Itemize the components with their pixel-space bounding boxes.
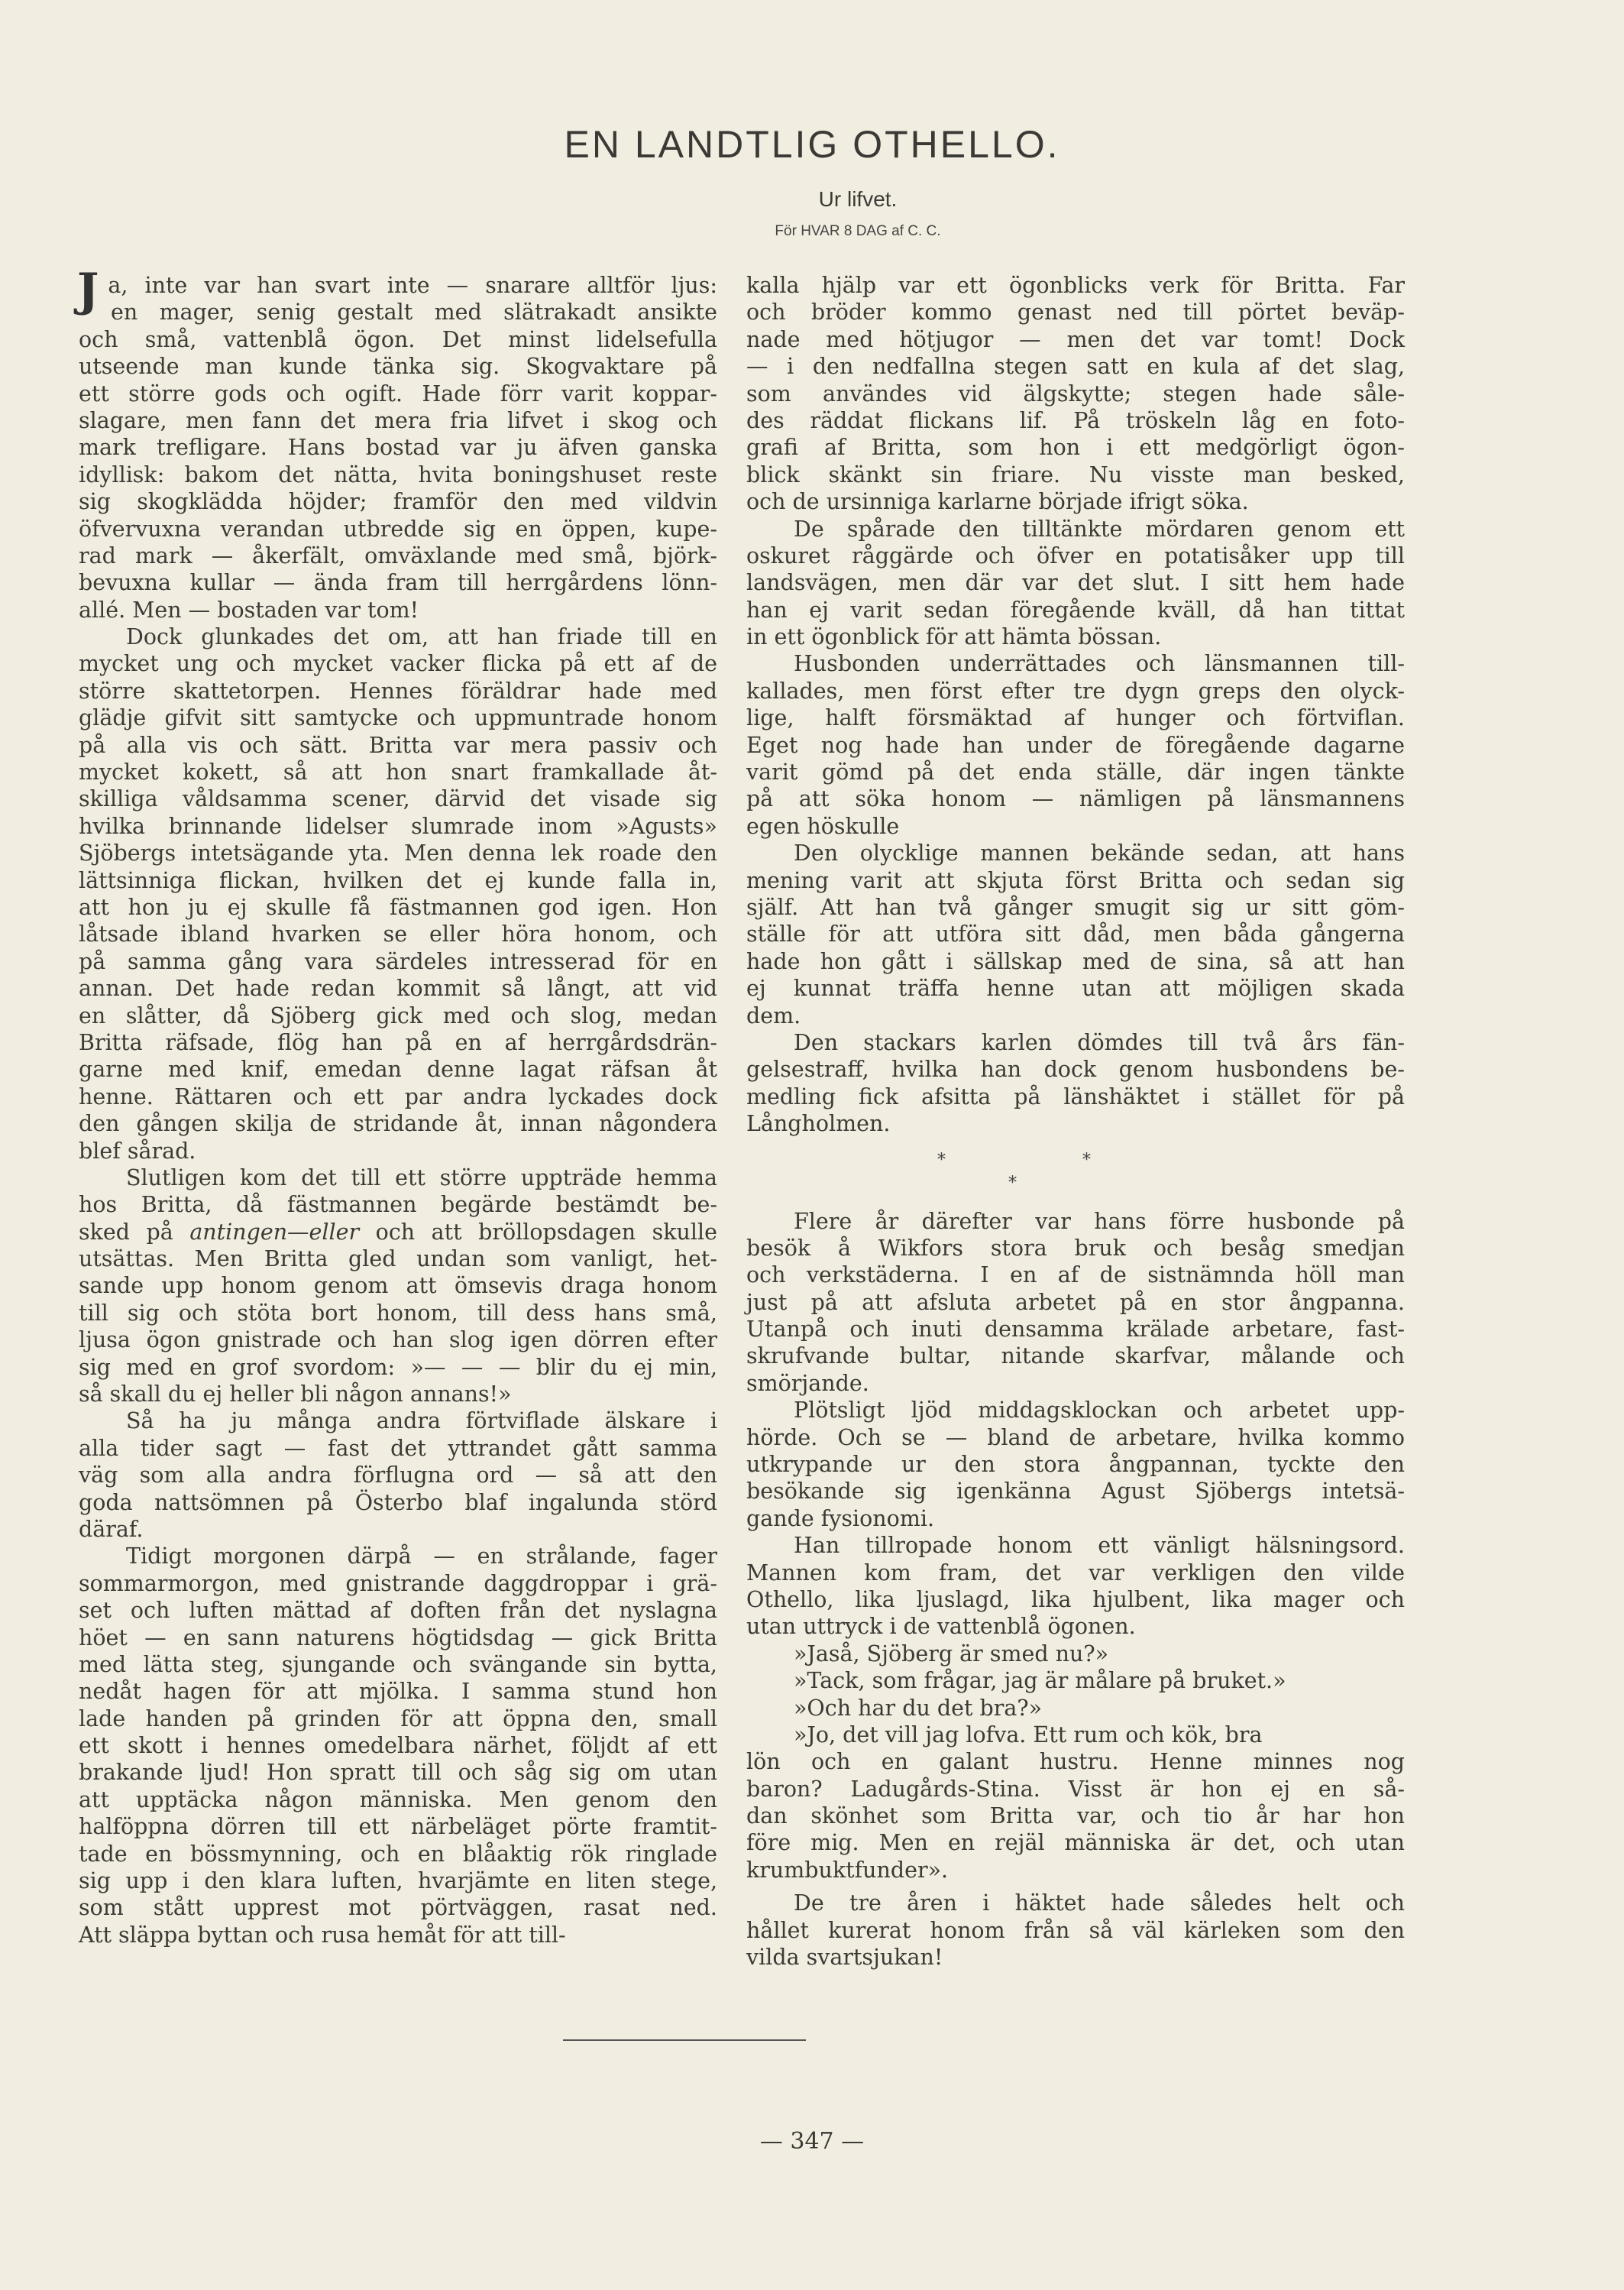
text-line: med lätta steg, sjungande och svängande … <box>79 1651 717 1678</box>
text-line: Plötsligt ljöd middagsklockan och arbete… <box>746 1397 1405 1424</box>
text-line: mycket ung och mycket vacker flicka på e… <box>79 650 717 677</box>
text-line: gande fysionomi. <box>746 1505 1405 1532</box>
page-number: — 347 — <box>0 2128 1624 2155</box>
text-line: och bröder kommo genast ned till pörtet … <box>746 299 1405 326</box>
text-line: Den olycklige mannen bekände sedan, att … <box>746 840 1405 866</box>
text-line: Britta räfsade, flög han på en af herrgå… <box>79 1029 717 1056</box>
text-line: ej kunnat träffa henne utan att möjligen… <box>746 975 1405 1002</box>
footer-rule <box>563 2039 806 2041</box>
text-line: låtsade ibland hvarken se eller höra hon… <box>79 921 717 947</box>
text-line: slagare, men fann det mera fria lifvet i… <box>79 407 717 434</box>
text-line: Slutligen kom det till ett större uppträ… <box>79 1164 717 1191</box>
text-line: baron? Ladugårds-Stina. Visst är hon ej … <box>746 1776 1405 1803</box>
section-break-asterism: *** <box>746 1138 1405 1208</box>
text-line: »Jaså, Sjöberg är smed nu?» <box>746 1641 1405 1667</box>
text-line: och verkstäderna. I en af de sistnämnda … <box>746 1262 1405 1288</box>
text-line: Långholmen. <box>746 1110 1405 1137</box>
text-line: hade hon gått i sällskap med de sina, så… <box>746 948 1405 975</box>
text-line: en slåtter, då Sjöberg gick med och slog… <box>79 1002 717 1029</box>
text-line: utseende man kunde tänka sig. Skogvaktar… <box>79 353 717 380</box>
text-line: set och luften mättad af doften från det… <box>79 1597 717 1624</box>
text-line: krumbuktfunder». <box>746 1857 1405 1884</box>
text-line: som användes vid älgskytte; stegen hade … <box>746 381 1405 407</box>
text-line: just på att afsluta arbetet på en stor å… <box>746 1289 1405 1316</box>
text-line: hörde. Och se — bland de arbetare, hvilk… <box>746 1424 1405 1451</box>
text-line: des räddat flickans lif. På tröskeln låg… <box>746 407 1405 434</box>
text-line: alla tider sagt — fast det yttrandet gåt… <box>79 1435 717 1462</box>
text-line: nedåt hagen för att mjölka. I samma stun… <box>79 1678 717 1705</box>
text-line: hållet kurerat honom från så väl kärleke… <box>746 1917 1405 1944</box>
text-line: ett större gods och ogift. Hade förr var… <box>79 381 717 407</box>
text-line: sig upp i den klara luften, hvarjämte en… <box>79 1867 717 1894</box>
text-line: a, inte var han svart inte — snarare all… <box>79 272 717 299</box>
text-line: annan. Det hade redan kommit så långt, a… <box>79 975 717 1002</box>
text-line: oskuret råggärde och öfver en potatisåke… <box>746 543 1405 569</box>
article-byline: För HVAR 8 DAG af C. C. <box>46 223 1624 240</box>
text-line: sig skogklädda höjder; framför den med v… <box>79 488 717 515</box>
text-line: Husbonden underrättades och länsmannen t… <box>746 650 1405 677</box>
text-line: lättsinniga flickan, hvilken det ej kund… <box>79 867 717 894</box>
text-line: utsättas. Men Britta gled undan som vanl… <box>79 1245 717 1272</box>
text-line: halföppna dörren till ett närbeläget pör… <box>79 1813 717 1840</box>
text-line: att hon ju ej skulle få fästmannen god i… <box>79 894 717 921</box>
drop-cap: J <box>77 267 99 313</box>
text-line: medling fick afsitta på länshäktet i stä… <box>746 1083 1405 1110</box>
text-line: Han tillropade honom ett vänligt hälsnin… <box>746 1532 1405 1559</box>
text-line: gelsestraff, hvilka han dock genom husbo… <box>746 1056 1405 1083</box>
text-line: allé. Men — bostaden var tom! <box>79 597 717 624</box>
text-line: lige, halft försmäktad af hunger och för… <box>746 704 1405 731</box>
text-line: ljusa ögon gnistrade och han slog igen d… <box>79 1326 717 1353</box>
asterisk: * <box>937 1147 946 1174</box>
text-line: sande upp honom genom att ömsevis draga … <box>79 1272 717 1299</box>
text-line: De spårade den tilltänkte mördaren genom… <box>746 516 1405 543</box>
right-text-column: kalla hjälp var ett ögonblicks verk för … <box>746 272 1405 1971</box>
text-line: »Tack, som frågar, jag är målare på bruk… <box>746 1667 1405 1694</box>
text-line: Dock glunkades det om, att han friade ti… <box>79 624 717 650</box>
text-line: Flere år därefter var hans förre husbond… <box>746 1208 1405 1235</box>
text-line: brakande ljud! Hon spratt till och såg s… <box>79 1759 717 1786</box>
text-line: bevuxna kullar — ända fram till herrgård… <box>79 569 717 596</box>
text-line: däraf. <box>79 1516 717 1543</box>
text-line: besök å Wikfors stora bruk och besåg sme… <box>746 1235 1405 1262</box>
text-line: utan uttryck i de vattenblå ögonen. <box>746 1613 1405 1640</box>
text-line: grafi af Britta, som hon i ett medgörlig… <box>746 434 1405 461</box>
text-line: — i den nedfallna stegen satt en kula af… <box>746 353 1405 380</box>
text-line: större skattetorpen. Hennes föräldrar ha… <box>79 678 717 704</box>
text-line: Sjöbergs intetsägande yta. Men denna lek… <box>79 840 717 866</box>
text-line: han ej varit sedan föregående kväll, då … <box>746 597 1405 624</box>
text-line: mark trefligare. Hans bostad var ju äfve… <box>79 434 717 461</box>
text-line: ställe för att utföra sitt dåd, men båda… <box>746 921 1405 947</box>
text-line: varit gömd på det enda ställe, där ingen… <box>746 759 1405 785</box>
text-line: Så ha ju många andra förtviflade älskare… <box>79 1407 717 1434</box>
text-line: själf. Att han två gånger smugit sig ur … <box>746 894 1405 921</box>
text-line: lön och en galant hustru. Henne minnes n… <box>746 1748 1405 1775</box>
text-line: dem. <box>746 1002 1405 1029</box>
text-line: vilda svartsjukan! <box>746 1944 1405 1971</box>
text-line: Eget nog hade han under de föregående da… <box>746 732 1405 759</box>
text-line: tade en bössmynning, och en blåaktig rök… <box>79 1841 717 1867</box>
text-line: så skall du ej heller bli någon annans!» <box>79 1381 717 1407</box>
text-line: på att söka honom — nämligen på länsmann… <box>746 785 1405 812</box>
text-line: »Och har du det bra?» <box>746 1695 1405 1722</box>
text-line: Utanpå och inuti densamma krälade arbeta… <box>746 1316 1405 1343</box>
text-line: egen höskulle <box>746 813 1405 840</box>
asterisk: * <box>1008 1170 1017 1197</box>
text-line: höet — en sann naturens högtidsdag — gic… <box>79 1624 717 1651</box>
text-line: och små, vattenblå ögon. Det minst lidel… <box>79 326 717 353</box>
text-line: Othello, lika ljuslagd, lika hjulbent, l… <box>746 1586 1405 1613</box>
text-line: på samma gång vara särdeles intresserad … <box>79 948 717 975</box>
text-line: väg som alla andra förflugna ord — så at… <box>79 1462 717 1488</box>
asterisk: * <box>1082 1147 1091 1174</box>
text-line: landsvägen, men där var det slut. I sitt… <box>746 569 1405 596</box>
text-line: Mannen kom fram, det var verkligen den v… <box>746 1560 1405 1586</box>
text-line: blick skänkt sin friare. Nu visste man b… <box>746 462 1405 488</box>
text-line: den gången skilja de stridande åt, innan… <box>79 1110 717 1137</box>
text-line: Att släppa byttan och rusa hemåt för att… <box>79 1922 717 1948</box>
text-line: mening varit att skjuta först Britta och… <box>746 867 1405 894</box>
text-line: besökande sig igenkänna Agust Sjöbergs i… <box>746 1478 1405 1505</box>
text-line: till sig och stöta bort honom, till dess… <box>79 1300 717 1326</box>
text-line: Tidigt morgonen därpå — en strålande, fa… <box>79 1543 717 1569</box>
text-line: kallades, men först efter tre dygn greps… <box>746 678 1405 704</box>
text-line: kalla hjälp var ett ögonblicks verk för … <box>746 272 1405 299</box>
text-line: öfvervuxna verandan utbredde sig en öppe… <box>79 516 717 543</box>
emphasis-text: antingen—eller <box>189 1219 359 1245</box>
text-line: nade med hötjugor — men det var tomt! Do… <box>746 326 1405 353</box>
text-line: skilliga våldsamma scener, därvid det vi… <box>79 785 717 812</box>
left-text-column: Ja, inte var han svart inte — snarare al… <box>79 272 717 1948</box>
text-line: idyllisk: bakom det nätta, hvita bonings… <box>79 462 717 488</box>
text-line: smörjande. <box>746 1370 1405 1397</box>
text-line: Den stackars karlen dömdes till två års … <box>746 1029 1405 1056</box>
paragraph-gap <box>746 1884 1405 1890</box>
text-line: »Jo, det vill jag lofva. Ett rum och kök… <box>746 1722 1405 1748</box>
text-line: lade handen på grinden för att öppna den… <box>79 1705 717 1732</box>
text-line: goda nattsömnen på Österbo blaf ingalund… <box>79 1489 717 1516</box>
text-line: och de ursinniga karlarne började ifrigt… <box>746 488 1405 515</box>
article-subtitle: Ur lifvet. <box>46 187 1624 212</box>
text-line: henne. Rättaren och ett par andra lyckad… <box>79 1083 717 1110</box>
text-line: hos Britta, då fästmannen begärde bestäm… <box>79 1191 717 1218</box>
text-line: dan skönhet som Britta var, och tio år h… <box>746 1803 1405 1829</box>
text-line: en mager, senig gestalt med slätrakadt a… <box>79 299 717 326</box>
text-line: glädje gifvit sitt samtycke och uppmuntr… <box>79 704 717 731</box>
text-line: sig med en grof svordom: »— — — blir du … <box>79 1354 717 1381</box>
text-line: sked på antingen—eller och att bröllopsd… <box>79 1219 717 1245</box>
text-line: mycket kokett, så att hon snart framkall… <box>79 759 717 785</box>
text-line: in ett ögonblick för att hämta bössan. <box>746 624 1405 650</box>
text-line: som stått upprest mot pörtväggen, rasat … <box>79 1894 717 1921</box>
text-line: utkrypande ur den stora ångpannan, tyckt… <box>746 1451 1405 1478</box>
text-line: att upptäcka någon människa. Men genom d… <box>79 1786 717 1813</box>
text-line: före mig. Men en rejäl människa är det, … <box>746 1829 1405 1856</box>
text-line: på alla vis och sätt. Britta var mera pa… <box>79 732 717 759</box>
text-line: skrufvande bultar, nitande skarfvar, mål… <box>746 1343 1405 1369</box>
text-line: rad mark — åkerfält, omväxlande med små,… <box>79 543 717 569</box>
text-line: ett skott i hennes omedelbara närhet, fö… <box>79 1732 717 1759</box>
text-line: sommarmorgon, med gnistrande daggdroppar… <box>79 1570 717 1597</box>
text-line: De tre åren i häktet hade således helt o… <box>746 1890 1405 1916</box>
text-line: hvilka brinnande lidelser slumrade inom … <box>79 813 717 840</box>
article-title: EN LANDTLIG OTHELLO. <box>0 122 1624 167</box>
text-line: blef sårad. <box>79 1138 717 1164</box>
text-line: garne med knif, emedan denne lagat räfsa… <box>79 1056 717 1083</box>
